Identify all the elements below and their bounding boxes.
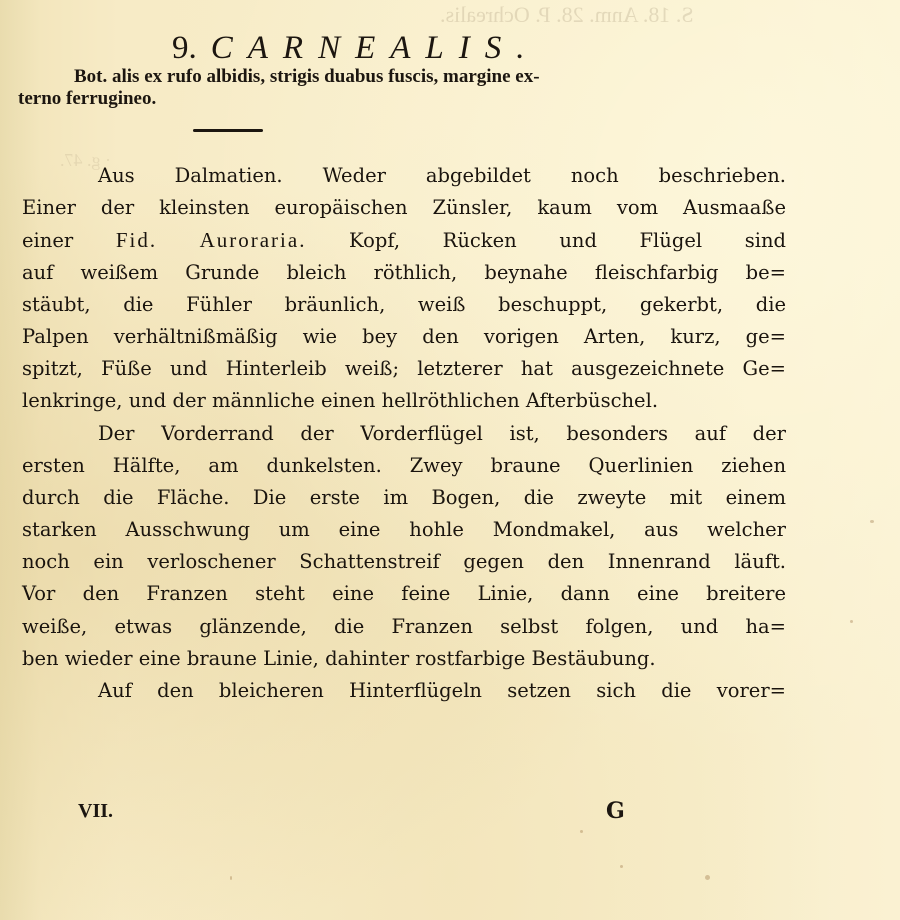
latin-diagnosis-line-2: terno ferrugineo.	[18, 88, 808, 110]
paper-speck	[850, 620, 853, 623]
paper-speck	[705, 875, 710, 880]
body-text: Aus Dalmatien. Weder abgebildet noch bes…	[22, 160, 786, 707]
text-line: Der Vorderrand der Vorderflügel ist, bes…	[22, 418, 786, 450]
text-line: ben wieder eine braune Linie, dahinter r…	[22, 643, 786, 675]
latin-diagnosis-line-1: Bot. alis ex rufo albidis, strigis duabu…	[18, 66, 808, 88]
latin-diagnosis: Bot. alis ex rufo albidis, strigis duabu…	[18, 66, 808, 110]
text-line: weiße, etwas glänzende, die Franzen selb…	[22, 611, 786, 643]
text-line: durch die Fläche. Die erste im Bogen, di…	[22, 482, 786, 514]
text-line: Vor den Franzen steht eine feine Linie, …	[22, 578, 786, 610]
text-line: auf weißem Grunde bleich röthlich, beyna…	[22, 257, 786, 289]
species-name: CARNEALIS.	[211, 30, 540, 66]
text-line: Auf den bleicheren Hinterflügeln setzen …	[22, 675, 786, 707]
text-line: spitzt, Füße und Hinterleib weiß; letzte…	[22, 353, 786, 385]
text-line: Aus Dalmatien. Weder abgebildet noch bes…	[22, 160, 786, 192]
text-line: Einer der kleinsten europäischen Zünsler…	[22, 192, 786, 224]
antiqua-species-reference: Fid. Auroraria.	[116, 228, 307, 252]
section-divider-rule	[193, 129, 263, 132]
paper-speck	[620, 865, 623, 868]
page-footer: VII. G	[78, 800, 638, 830]
scanned-book-page: S. 18. Anm. 28. P. Ochrealis. · g. 47. 9…	[0, 0, 900, 920]
text-fragment: Kopf, Rücken und Flügel sind	[306, 229, 786, 252]
text-line: ersten Hälfte, am dunkelsten. Zwey braun…	[22, 450, 786, 482]
species-number: 9.	[172, 30, 197, 66]
paper-speck	[870, 520, 874, 523]
show-through-text: S. 18. Anm. 28. P. Ochrealis.	[440, 2, 694, 28]
text-fragment: einer	[22, 229, 116, 252]
text-line: noch ein verloschener Schattenstreif geg…	[22, 546, 786, 578]
text-line: starken Ausschwung um eine hohle Mondmak…	[22, 514, 786, 546]
catchword: G	[606, 798, 625, 824]
text-line: Palpen verhältnißmäßig wie bey den vorig…	[22, 321, 786, 353]
text-line: einer Fid. Auroraria. Kopf, Rücken und F…	[22, 224, 786, 256]
species-heading: 9.CARNEALIS.	[172, 30, 540, 66]
signature-mark: VII.	[78, 800, 113, 823]
paper-speck	[580, 830, 583, 833]
paper-speck	[230, 876, 232, 880]
text-line: lenkringe, und der männliche einen hellr…	[22, 385, 786, 417]
text-line: stäubt, die Fühler bräunlich, weiß besch…	[22, 289, 786, 321]
